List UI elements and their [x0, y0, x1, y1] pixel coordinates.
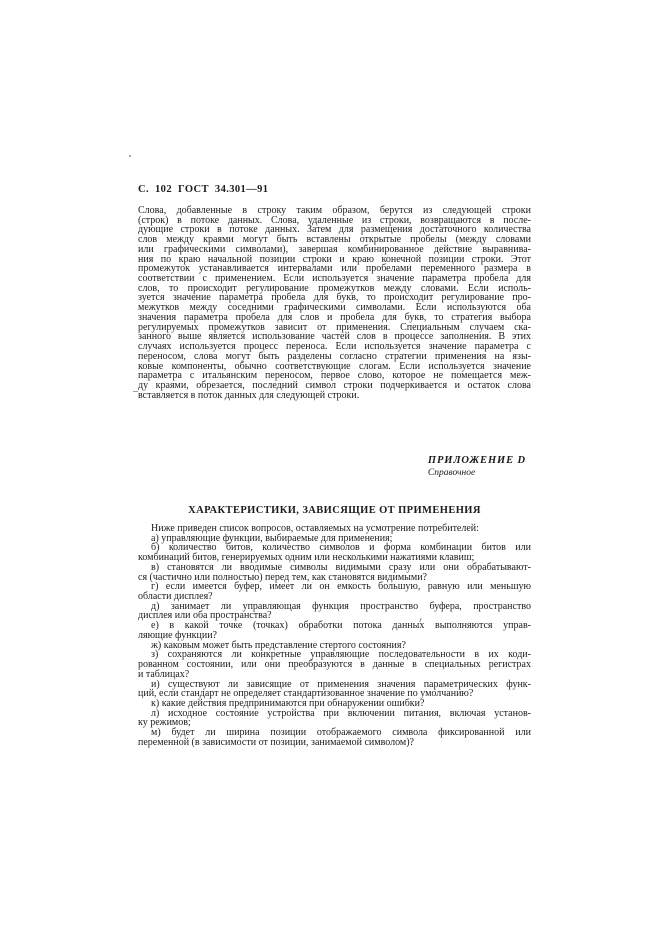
list-item-z: з) сохраняются ли конкретные управляющие…: [138, 650, 531, 679]
list-item-d: д) занимает ли управляющая функция прост…: [138, 602, 531, 621]
appendix-block: ПРИЛОЖЕНИЕ D Справочное: [138, 455, 531, 480]
list-item-l: л) исходное состояние устройства при вкл…: [138, 709, 531, 728]
appendix-title: ПРИЛОЖЕНИЕ D: [428, 455, 526, 467]
body-paragraph: Слова, добавленные в строку таким образо…: [138, 206, 531, 400]
list-item-b: б) количество битов, количество символов…: [138, 543, 531, 562]
section-heading: ХАРАКТЕРИСТИКИ, ЗАВИСЯЩИЕ ОТ ПРИМЕНЕНИЯ: [138, 505, 531, 516]
text-line: л) исходное состояние устройства при вкл…: [138, 709, 531, 719]
text-line: рованном состоянии, или они преобразуютс…: [138, 660, 531, 670]
page-header: С. 102 ГОСТ 34.301—91: [138, 184, 268, 195]
list-item-i: и) существуют ли зависящие от применения…: [138, 680, 531, 699]
list-item-g: г) если имеется буфер, имеет ли он емкос…: [138, 582, 531, 601]
text-line: вставляется в поток данных для следующей…: [138, 391, 531, 401]
appendix-inner: ПРИЛОЖЕНИЕ D Справочное: [428, 455, 526, 479]
scanned-document-page: С. 102 ГОСТ 34.301—91 Слова, добавленные…: [0, 0, 661, 935]
appendix-subtitle: Справочное: [428, 467, 526, 479]
list-item-m: м) будет ли ширина позиции отображаемого…: [138, 728, 531, 747]
questions-list: Ниже приведен список вопросов, оставляем…: [138, 524, 531, 748]
scan-artifact: [129, 155, 131, 157]
text-line: переменной (в зависимости от позиции, за…: [138, 738, 531, 748]
list-item-v: в) становятся ли вводимые символы видимы…: [138, 563, 531, 582]
list-item-e: е) в какой точке (точках) обработки пото…: [138, 621, 531, 640]
